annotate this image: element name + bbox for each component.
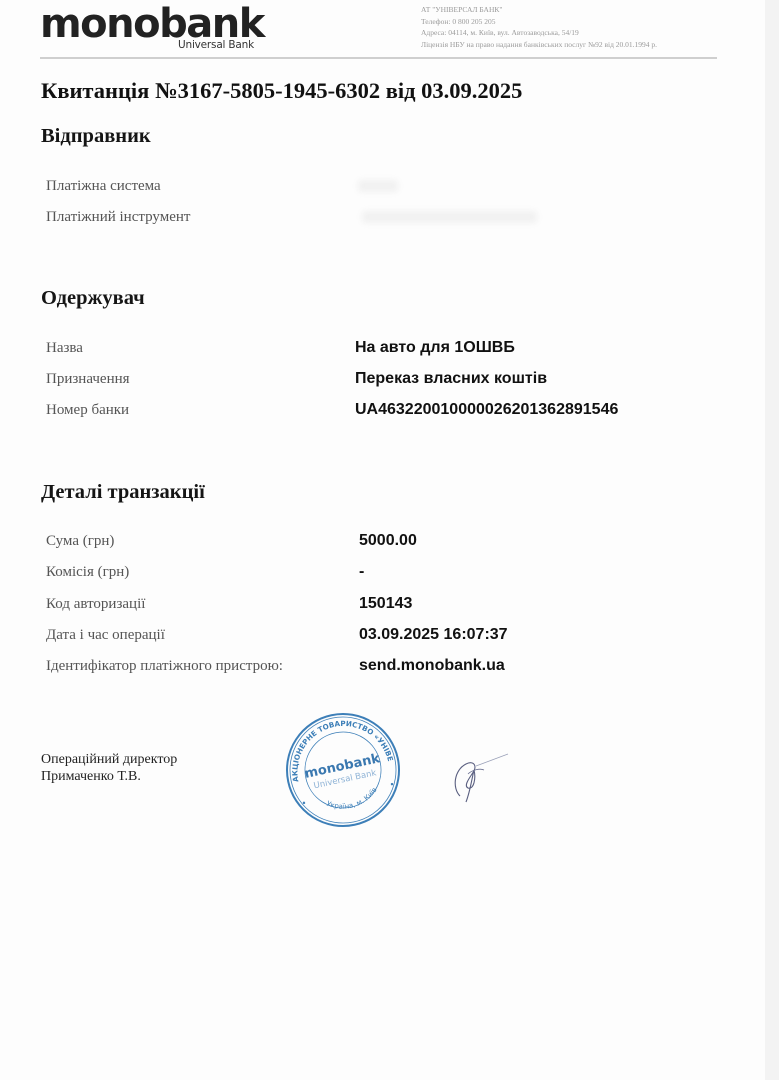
row-value: 5000.00 — [359, 532, 417, 550]
details-heading: Деталі транзакції — [41, 481, 205, 504]
header-divider — [40, 57, 717, 59]
row-value: 150143 — [359, 595, 412, 613]
svg-text:Україна, м. Київ: Україна, м. Київ — [323, 785, 381, 815]
receipt-title: Квитанція №3167-5805-1945-6302 від 03.09… — [41, 78, 522, 104]
details-row-amount: Сума (грн) 5000.00 — [0, 533, 765, 557]
recipient-row-purpose: Призначення Переказ власних коштів — [0, 371, 765, 395]
bank-name: АТ "УНІВЕРСАЛ БАНК" — [421, 4, 657, 16]
details-row-auth-code: Код авторизації 150143 — [0, 596, 765, 620]
signer-name: Примаченко Т.В. — [41, 768, 177, 785]
bank-info-block: АТ "УНІВЕРСАЛ БАНК" Телефон: 0 800 205 2… — [421, 4, 657, 50]
monobank-logo-subtitle: Universal Bank — [178, 39, 254, 51]
redacted-value — [362, 211, 537, 223]
row-label: Платіжна система — [46, 178, 161, 195]
bank-address: Адреса: 04114, м. Київ, вул. Автозаводсь… — [421, 27, 657, 39]
row-label: Призначення — [46, 371, 130, 388]
row-value: На авто для 1ОШВБ — [355, 339, 515, 357]
row-label: Сума (грн) — [46, 533, 114, 550]
bank-license: Ліцензія НБУ на право надання банківськи… — [421, 39, 657, 51]
details-row-fee: Комісія (грн) - — [0, 564, 765, 588]
row-value: - — [359, 563, 364, 581]
bank-phone: Телефон: 0 800 205 205 — [421, 16, 657, 28]
sender-row-payment-system: Платіжна система — [0, 178, 765, 202]
redacted-value — [358, 180, 398, 192]
row-label: Ідентифікатор платіжного пристрою: — [46, 658, 283, 675]
details-row-datetime: Дата і час операції 03.09.2025 16:07:37 — [0, 627, 765, 651]
row-value: send.monobank.ua — [359, 657, 505, 675]
recipient-heading: Одержувач — [41, 287, 145, 310]
row-value: Переказ власних коштів — [355, 370, 547, 388]
row-label: Комісія (грн) — [46, 564, 129, 581]
bank-stamp-icon: АКЦІОНЕРНЕ ТОВАРИСТВО «УНІВЕРСАЛ БАНК» У… — [280, 710, 406, 830]
sender-heading: Відправник — [41, 125, 151, 148]
sender-row-payment-instrument: Платіжний інструмент — [0, 209, 765, 233]
row-value: 03.09.2025 16:07:37 — [359, 626, 508, 644]
row-label: Платіжний інструмент — [46, 209, 190, 226]
signature-icon — [440, 748, 510, 806]
row-value: UA463220010000026201362891546 — [355, 401, 618, 419]
row-label: Дата і час операції — [46, 627, 165, 644]
row-label: Номер банки — [46, 402, 129, 419]
row-label: Код авторизації — [46, 596, 145, 613]
stamp-bottom-text: Україна, м. Київ — [323, 785, 381, 815]
row-label: Назва — [46, 340, 83, 357]
signer-position: Операційний директор — [41, 751, 177, 768]
receipt-document: monobank Universal Bank АТ "УНІВЕРСАЛ БА… — [0, 0, 765, 1080]
signer-block: Операційний директор Примаченко Т.В. — [41, 751, 177, 785]
viewer-edge — [765, 0, 779, 1080]
details-row-device-id: Ідентифікатор платіжного пристрою: send.… — [0, 658, 765, 682]
recipient-row-account: Номер банки UA46322001000002620136289154… — [0, 402, 765, 426]
recipient-row-name: Назва На авто для 1ОШВБ — [0, 340, 765, 364]
